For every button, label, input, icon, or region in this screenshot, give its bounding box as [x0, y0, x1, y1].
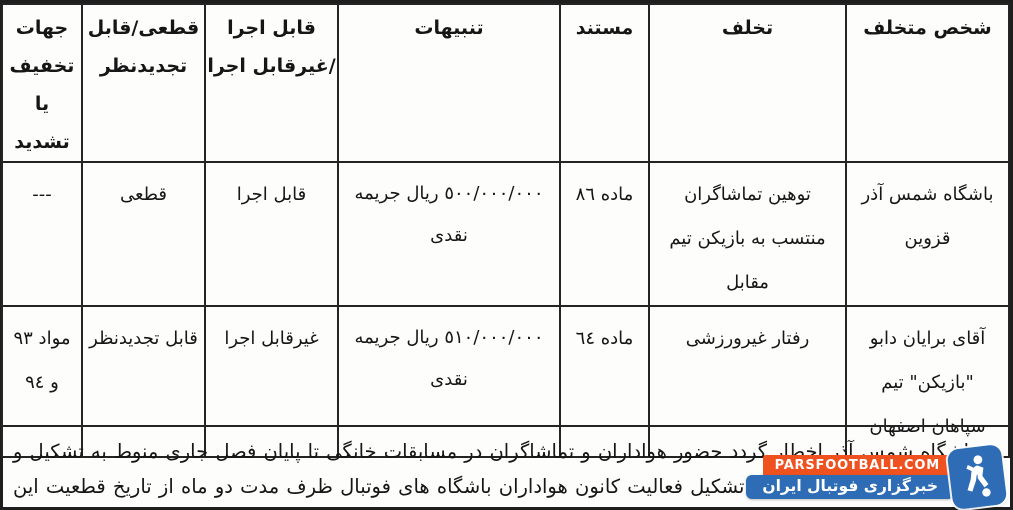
watermark-banners: PARSFOOTBALL.COM خبرگزاری فوتبال ايران [746, 455, 954, 499]
scanned-verdict-document: شخص متخلف تخلف مستند تنبيهات قابل اجرا /… [0, 0, 1013, 510]
table-header-row: شخص متخلف تخلف مستند تنبيهات قابل اجرا /… [2, 4, 1009, 162]
watermark-agency-caption: خبرگزاری فوتبال ايران [746, 475, 954, 499]
column-header-offender: شخص متخلف [846, 4, 1009, 162]
document-border: شخص متخلف تخلف مستند تنبيهات قابل اجرا /… [0, 0, 1013, 510]
enforceability-cell: قابل اجرا [205, 162, 338, 306]
parsfootball-watermark: PARSFOOTBALL.COM خبرگزاری فوتبال ايران [746, 447, 1004, 507]
penalties-cell: ٥٠٠/٠٠٠/٠٠٠ ريال جريمه نقدی [338, 162, 560, 306]
column-header-finality: قطعی/قابل تجديدنظر [82, 4, 205, 162]
column-header-violation: تخلف [649, 4, 846, 162]
table-row: باشگاه شمس آذر قزوين توهين تماشاگران منت… [2, 162, 1009, 306]
evidence-cell: ماده ٨٦ [560, 162, 649, 306]
disciplinary-verdict-table: شخص متخلف تخلف مستند تنبيهات قابل اجرا /… [1, 3, 1010, 458]
column-header-mitigation: جهات تخفيف يا تشديد [2, 4, 82, 162]
footballer-logo-icon [947, 444, 1008, 510]
violation-cell: توهين تماشاگران منتسب به بازيكن تيم مقاب… [649, 162, 846, 306]
watermark-site-url: PARSFOOTBALL.COM [763, 455, 954, 476]
offender-cell: باشگاه شمس آذر قزوين [846, 162, 1009, 306]
column-header-evidence: مستند [560, 4, 649, 162]
mitigation-cell: --- [2, 162, 82, 306]
finality-cell: قطعی [82, 162, 205, 306]
column-header-enforceability: قابل اجرا /غيرقابل اجرا [205, 4, 338, 162]
column-header-penalties: تنبيهات [338, 4, 560, 162]
